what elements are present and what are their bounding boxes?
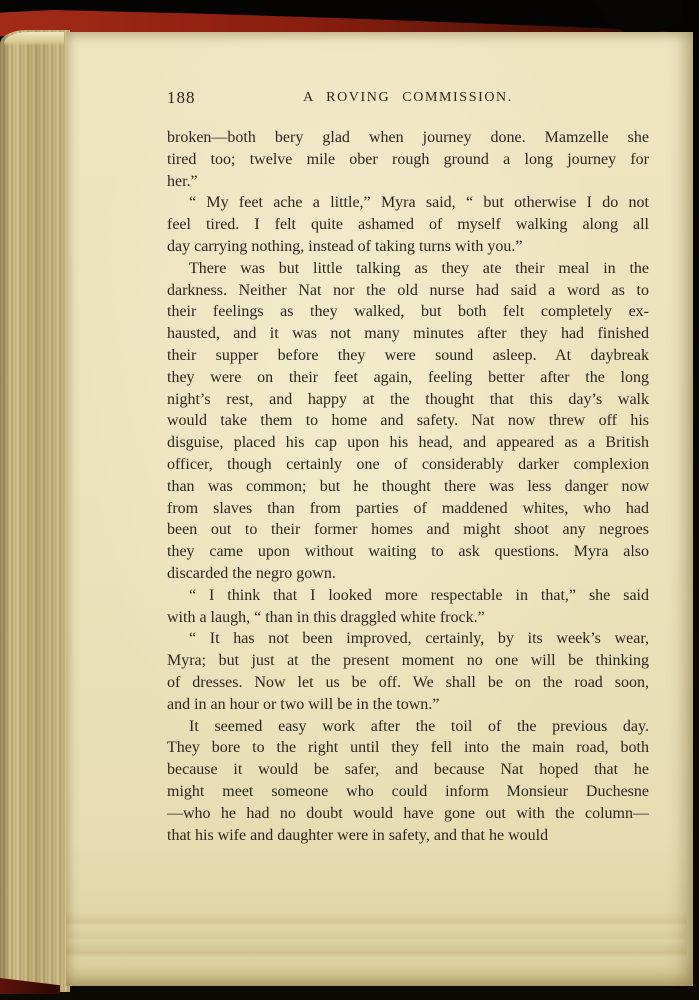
text-line: with a laugh, “ than in this draggled wh… — [167, 607, 649, 629]
text-line: darkness. Neither Nat nor the old nurse … — [167, 280, 649, 302]
text-line: day carrying nothing, instead of taking … — [167, 236, 649, 258]
text-line: because it would be safer, and because N… — [167, 759, 649, 781]
text-line: of dresses. Now let us be off. We shall … — [167, 672, 649, 694]
paragraph: “ My feet ache a little,” Myra said, “ b… — [167, 192, 649, 257]
text-line: officer, though certainly one of conside… — [167, 454, 649, 476]
text-line: their feelings as they walked, but both … — [167, 301, 649, 323]
paragraph: “ I think that I looked more respectable… — [167, 585, 649, 629]
book-photo-scan: 188 A ROVING COMMISSION. broken—both ber… — [0, 0, 699, 1000]
body-text: broken—both bery glad when journey done.… — [167, 127, 649, 846]
text-line: “ It has not been improved, certainly, b… — [167, 628, 649, 650]
text-line: “ My feet ache a little,” Myra said, “ b… — [167, 192, 649, 214]
paragraph: broken—both bery glad when journey done.… — [167, 127, 649, 192]
text-line: and in an hour or two will be in the tow… — [167, 694, 649, 716]
text-line: They bore to the right until they fell i… — [167, 737, 649, 759]
book-page: 188 A ROVING COMMISSION. broken—both ber… — [66, 32, 693, 986]
paragraph: “ It has not been improved, certainly, b… — [167, 628, 649, 715]
text-line: discarded the negro gown. — [167, 563, 649, 585]
text-line: tired too; twelve mile ober rough ground… — [167, 149, 649, 171]
text-line: would take them to home and safety. Nat … — [167, 410, 649, 432]
text-line: There was but little talking as they ate… — [167, 258, 649, 280]
text-line: they came upon without waiting to ask qu… — [167, 541, 649, 563]
text-line: her.” — [167, 171, 649, 193]
text-line: hausted, and it was not many minutes aft… — [167, 323, 649, 345]
text-line: Myra; but just at the present moment no … — [167, 650, 649, 672]
text-line: from slaves than from parties of maddene… — [167, 498, 649, 520]
text-line: It seemed easy work after the toil of th… — [167, 716, 649, 738]
text-line: feel tired. I felt quite ashamed of myse… — [167, 214, 649, 236]
text-line: disguise, placed his cap upon his head, … — [167, 432, 649, 454]
text-line: broken—both bery glad when journey done.… — [167, 127, 649, 149]
text-line: “ I think that I looked more respectable… — [167, 585, 649, 607]
text-line: night’s rest, and happy at the thought t… — [167, 389, 649, 411]
text-line: been out to their former homes and might… — [167, 519, 649, 541]
paragraph: There was but little talking as they ate… — [167, 258, 649, 585]
text-line: than was common; but he thought there wa… — [167, 476, 649, 498]
paragraph: It seemed easy work after the toil of th… — [167, 716, 649, 847]
text-line: —who he had no doubt would have gone out… — [167, 803, 649, 825]
text-line: might meet someone who could inform Mons… — [167, 781, 649, 803]
text-line: they were on their feet again, feeling b… — [167, 367, 649, 389]
running-title: A ROVING COMMISSION. — [167, 90, 649, 106]
text-line: that his wife and daughter were in safet… — [167, 825, 649, 847]
text-line: their supper before they were sound asle… — [167, 345, 649, 367]
page-header: 188 A ROVING COMMISSION. — [167, 88, 649, 108]
fanned-page-edges — [0, 30, 70, 992]
